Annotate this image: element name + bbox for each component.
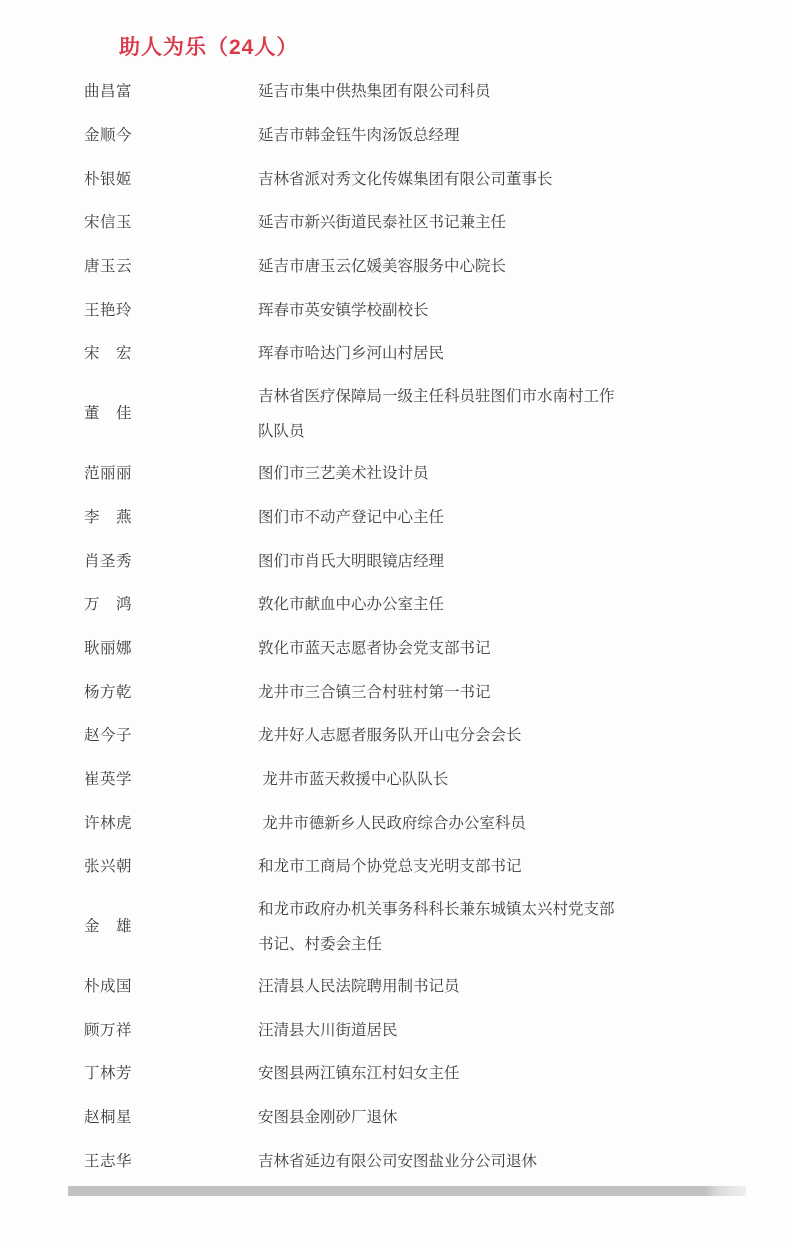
- list-item: 赵桐星 安图县金刚砂厂退休: [0, 1096, 786, 1140]
- list-item: 朴成国 汪清县人民法院聘用制书记员: [0, 965, 786, 1009]
- list-item: 王志华 吉林省延边有限公司安图盐业分公司退休: [0, 1139, 786, 1183]
- person-name: 宋信玉: [0, 205, 258, 240]
- person-name: 丁林芳: [0, 1056, 258, 1091]
- person-title: 珲春市哈达门乡河山村居民: [258, 336, 618, 371]
- person-title: 龙井市蓝天救援中心队队长: [258, 762, 618, 797]
- list-item: 丁林芳 安图县两江镇东江村妇女主任: [0, 1052, 786, 1096]
- list-item: 许林虎 龙井市德新乡人民政府综合办公室科员: [0, 801, 786, 845]
- honor-list: 曲昌富 延吉市集中供热集团有限公司科员 金顺今 延吉市韩金钰牛肉汤饭总经理 朴银…: [0, 70, 786, 1183]
- person-title: 龙井市三合镇三合村驻村第一书记: [258, 675, 618, 710]
- list-item: 崔英学 龙井市蓝天救援中心队队长: [0, 758, 786, 802]
- person-title: 安图县两江镇东江村妇女主任: [258, 1056, 618, 1091]
- person-name: 金 雄: [0, 909, 258, 944]
- person-title: 安图县金刚砂厂退休: [258, 1100, 618, 1135]
- list-item: 杨方乾 龙井市三合镇三合村驻村第一书记: [0, 670, 786, 714]
- person-title: 和龙市工商局个协党总支光明支部书记: [258, 849, 618, 884]
- person-name: 朴成国: [0, 969, 258, 1004]
- person-name: 耿丽娜: [0, 631, 258, 666]
- person-name: 万 鸿: [0, 587, 258, 622]
- person-name: 赵今子: [0, 718, 258, 753]
- list-item: 金 雄 和龙市政府办机关事务科科长兼东城镇太兴村党支部书记、村委会主任: [0, 889, 786, 965]
- list-item: 唐玉云 延吉市唐玉云亿媛美容服务中心院长: [0, 245, 786, 289]
- person-name: 唐玉云: [0, 249, 258, 284]
- list-item: 董 佳 吉林省医疗保障局一级主任科员驻图们市水南村工作队队员: [0, 376, 786, 452]
- list-item: 李 燕 图们市不动产登记中心主任: [0, 496, 786, 540]
- person-title: 图们市肖氏大明眼镜店经理: [258, 544, 618, 579]
- person-title: 延吉市韩金钰牛肉汤饭总经理: [258, 118, 618, 153]
- person-name: 王艳玲: [0, 293, 258, 328]
- page-title: 助人为乐（24人）: [0, 0, 786, 62]
- person-title: 延吉市集中供热集团有限公司科员: [258, 74, 618, 109]
- list-item: 张兴朝 和龙市工商局个协党总支光明支部书记: [0, 845, 786, 889]
- person-title: 图们市三艺美术社设计员: [258, 456, 618, 491]
- person-title: 敦化市献血中心办公室主任: [258, 587, 618, 622]
- person-title: 汪清县大川街道居民: [258, 1013, 618, 1048]
- bottom-divider: [68, 1186, 746, 1196]
- person-name: 赵桐星: [0, 1100, 258, 1135]
- person-title: 延吉市新兴街道民泰社区书记兼主任: [258, 205, 618, 240]
- person-title: 吉林省医疗保障局一级主任科员驻图们市水南村工作队队员: [258, 379, 618, 449]
- person-title: 图们市不动产登记中心主任: [258, 500, 618, 535]
- person-title: 敦化市蓝天志愿者协会党支部书记: [258, 631, 618, 666]
- list-item: 王艳玲 珲春市英安镇学校副校长: [0, 288, 786, 332]
- list-item: 朴银姬 吉林省派对秀文化传媒集团有限公司董事长: [0, 157, 786, 201]
- person-title: 龙井市德新乡人民政府综合办公室科员: [258, 806, 618, 841]
- person-name: 曲昌富: [0, 74, 258, 109]
- person-title: 和龙市政府办机关事务科科长兼东城镇太兴村党支部书记、村委会主任: [258, 892, 618, 962]
- person-name: 朴银姬: [0, 162, 258, 197]
- person-name: 李 燕: [0, 500, 258, 535]
- person-name: 张兴朝: [0, 849, 258, 884]
- document-page: 助人为乐（24人） 曲昌富 延吉市集中供热集团有限公司科员 金顺今 延吉市韩金钰…: [0, 0, 786, 1241]
- person-name: 董 佳: [0, 396, 258, 431]
- list-item: 范丽丽 图们市三艺美术社设计员: [0, 452, 786, 496]
- person-name: 崔英学: [0, 762, 258, 797]
- list-item: 顾万祥 汪清县大川街道居民: [0, 1008, 786, 1052]
- person-title: 延吉市唐玉云亿媛美容服务中心院长: [258, 249, 618, 284]
- person-title: 吉林省派对秀文化传媒集团有限公司董事长: [258, 162, 618, 197]
- person-name: 肖圣秀: [0, 544, 258, 579]
- person-title: 龙井好人志愿者服务队开山屯分会会长: [258, 718, 618, 753]
- list-item: 万 鸿 敦化市献血中心办公室主任: [0, 583, 786, 627]
- person-name: 宋 宏: [0, 336, 258, 371]
- list-item: 金顺今 延吉市韩金钰牛肉汤饭总经理: [0, 114, 786, 158]
- person-name: 顾万祥: [0, 1013, 258, 1048]
- person-name: 范丽丽: [0, 456, 258, 491]
- person-name: 金顺今: [0, 118, 258, 153]
- list-item: 耿丽娜 敦化市蓝天志愿者协会党支部书记: [0, 627, 786, 671]
- person-name: 杨方乾: [0, 675, 258, 710]
- person-name: 许林虎: [0, 806, 258, 841]
- list-item: 肖圣秀 图们市肖氏大明眼镜店经理: [0, 539, 786, 583]
- list-item: 宋信玉 延吉市新兴街道民泰社区书记兼主任: [0, 201, 786, 245]
- person-title: 吉林省延边有限公司安图盐业分公司退休: [258, 1144, 618, 1179]
- person-name: 王志华: [0, 1144, 258, 1179]
- list-item: 曲昌富 延吉市集中供热集团有限公司科员: [0, 70, 786, 114]
- person-title: 珲春市英安镇学校副校长: [258, 293, 618, 328]
- list-item: 宋 宏 珲春市哈达门乡河山村居民: [0, 332, 786, 376]
- list-item: 赵今子 龙井好人志愿者服务队开山屯分会会长: [0, 714, 786, 758]
- person-title: 汪清县人民法院聘用制书记员: [258, 969, 618, 1004]
